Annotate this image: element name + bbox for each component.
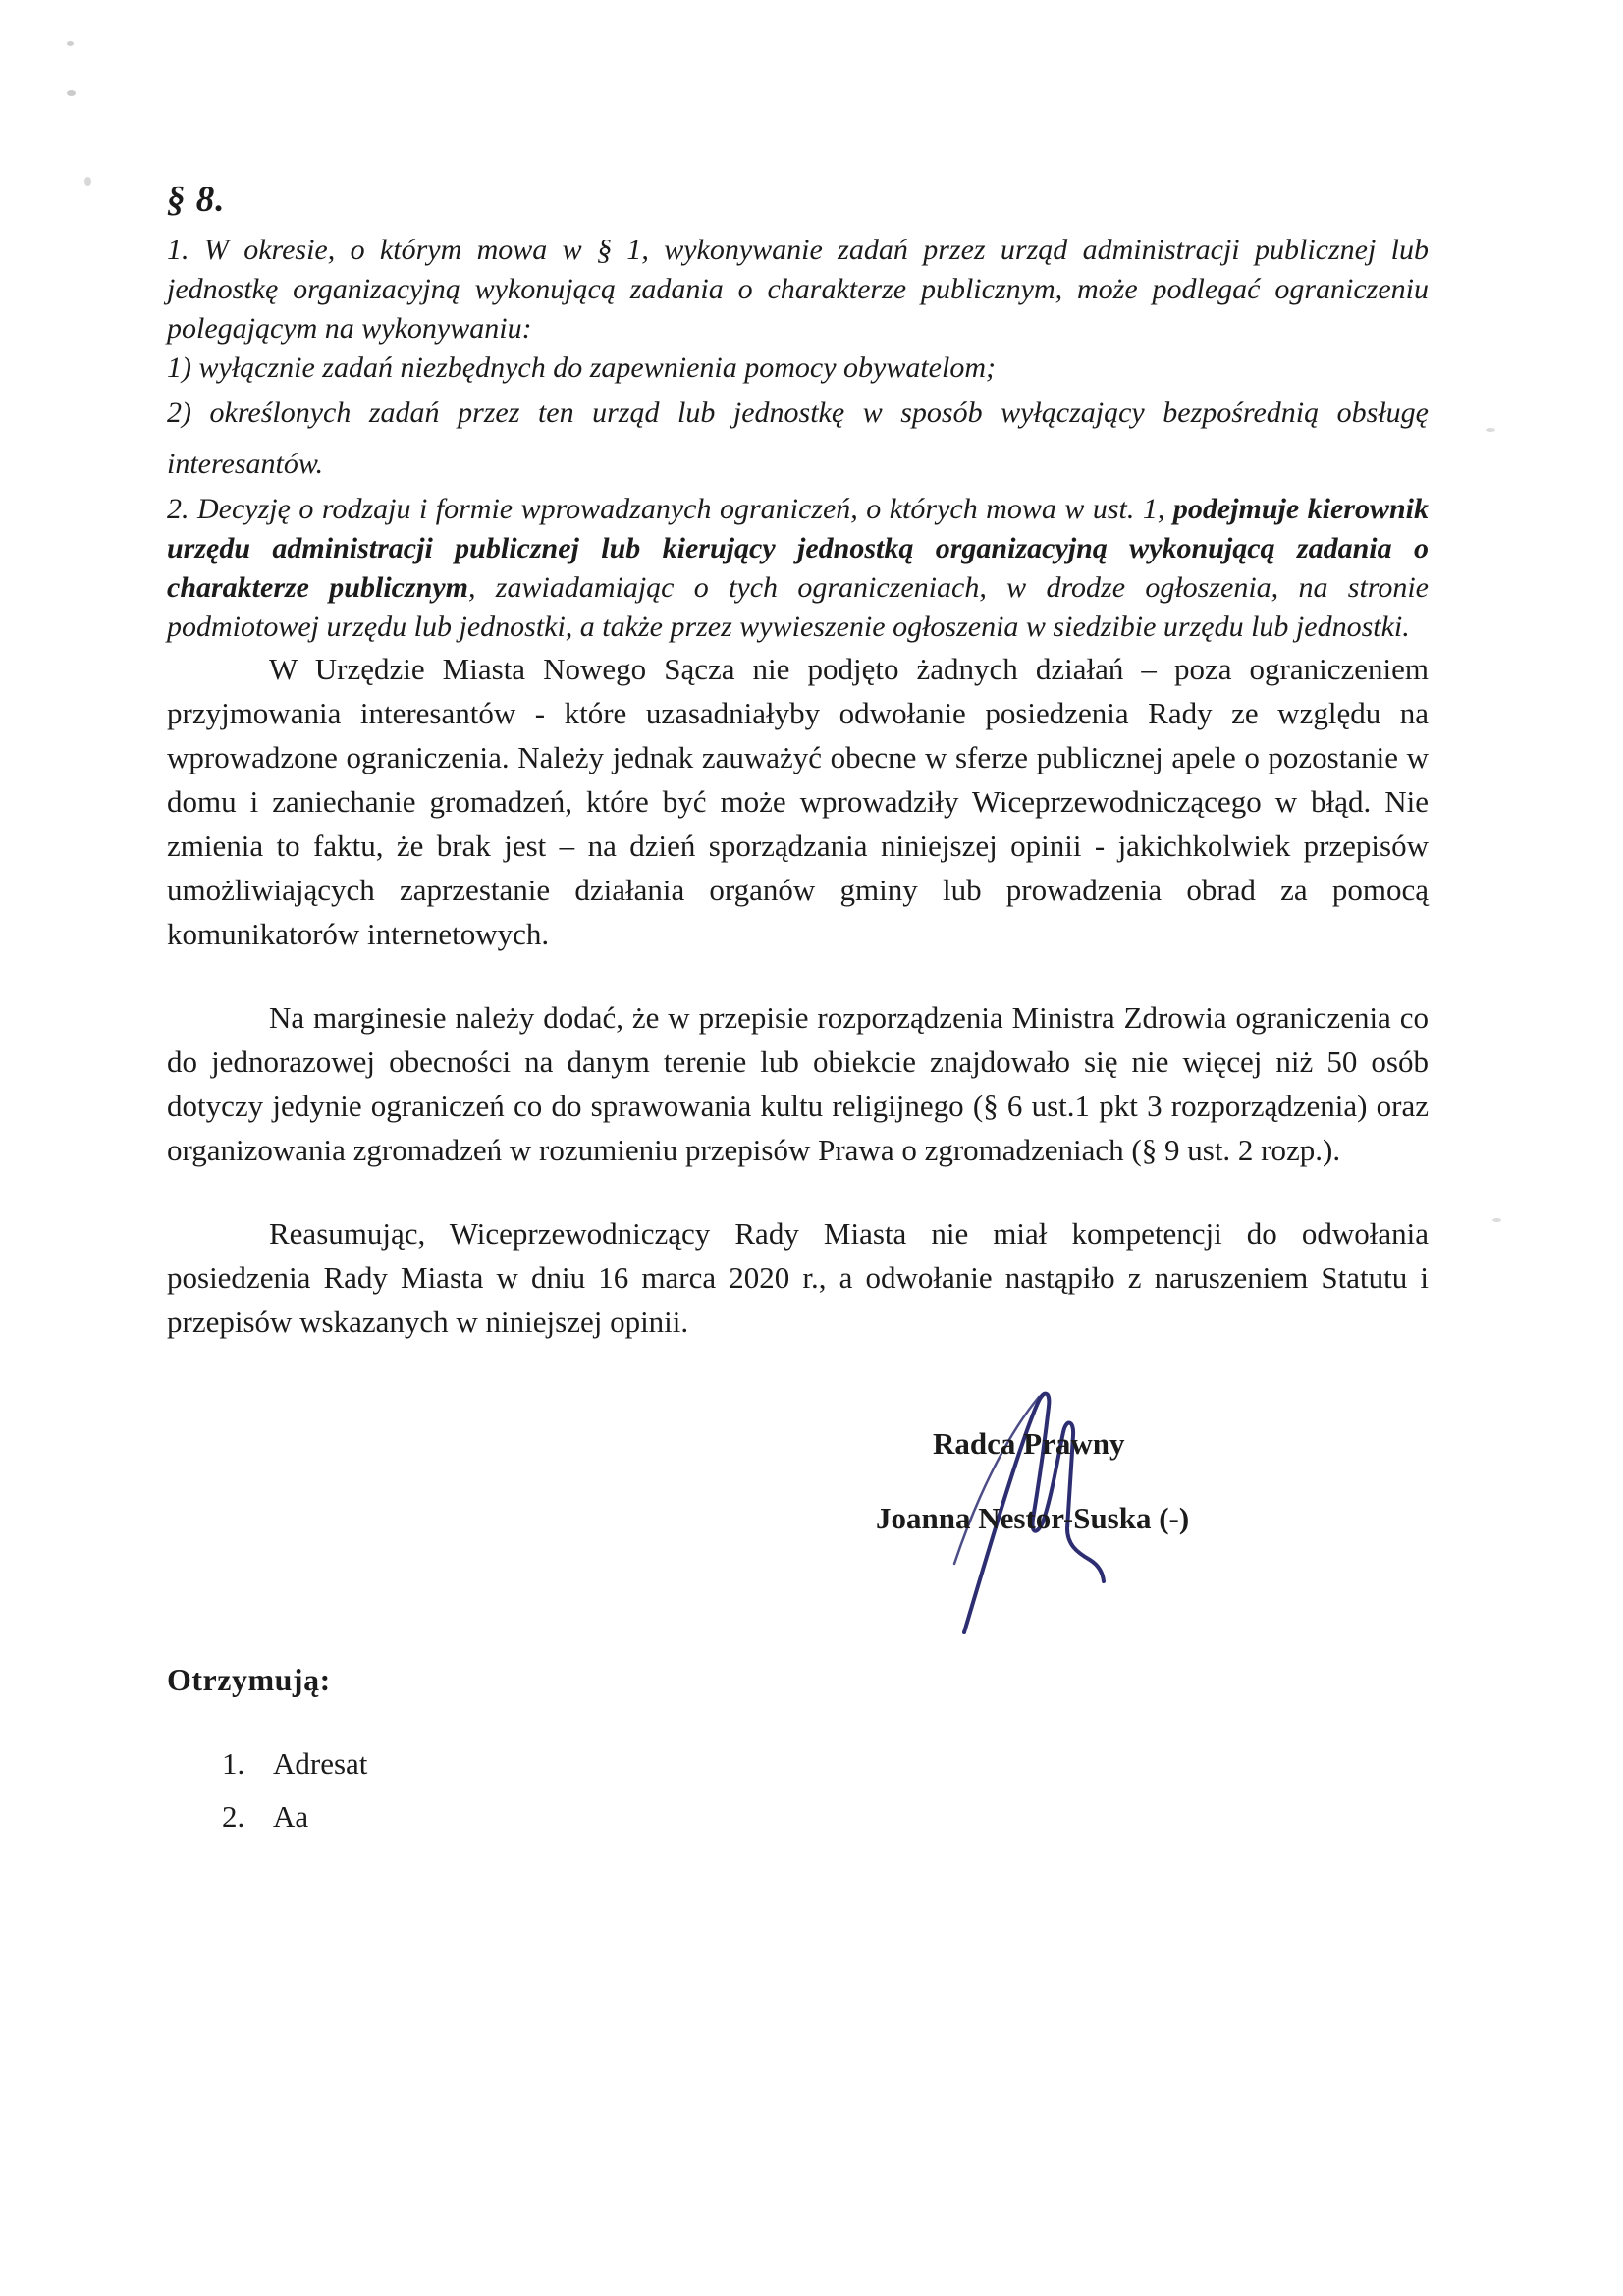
signature-block: Radca Prawny Joanna Nestor-Suska (-) <box>167 1379 1429 1646</box>
list-item: 2. Aa <box>222 1794 1429 1840</box>
quote-item-2: 2) określonych zadań przez ten urząd lub… <box>167 388 1429 490</box>
list-item-label: Aa <box>273 1794 308 1840</box>
regulation-quote-block: 1. W okresie, o którym mowa w § 1, wykon… <box>167 231 1429 647</box>
quote-item-1: 1) wyłącznie zadań niezbędnych do zapewn… <box>167 348 1429 388</box>
list-item-number: 1. <box>222 1741 273 1787</box>
quote-paragraph-1: 1. W okresie, o którym mowa w § 1, wykon… <box>167 231 1429 348</box>
distribution-heading: Otrzymują: <box>167 1662 1429 1698</box>
quote-paragraph-2-prefix: 2. Decyzję o rodzaju i formie wprowadzan… <box>167 493 1173 525</box>
body-paragraph-1: W Urzędzie Miasta Nowego Sącza nie podję… <box>167 647 1429 956</box>
body-paragraph-3: Reasumując, Wiceprzewodniczący Rady Mias… <box>167 1211 1429 1344</box>
list-item: 1. Adresat <box>222 1741 1429 1787</box>
signature-name: Joanna Nestor-Suska (-) <box>876 1501 1189 1536</box>
section-heading: § 8. <box>167 179 1429 221</box>
distribution-list: 1. Adresat 2. Aa <box>222 1741 1429 1840</box>
quote-paragraph-2: 2. Decyzję o rodzaju i formie wprowadzan… <box>167 490 1429 647</box>
body-paragraph-2: Na marginesie należy dodać, że w przepis… <box>167 995 1429 1172</box>
document-content: § 8. 1. W okresie, o którym mowa w § 1, … <box>0 0 1623 1840</box>
list-item-label: Adresat <box>273 1741 367 1787</box>
signature-title: Radca Prawny <box>933 1426 1124 1462</box>
scanned-document-page: § 8. 1. W okresie, o którym mowa w § 1, … <box>0 0 1623 2296</box>
list-item-number: 2. <box>222 1794 273 1840</box>
